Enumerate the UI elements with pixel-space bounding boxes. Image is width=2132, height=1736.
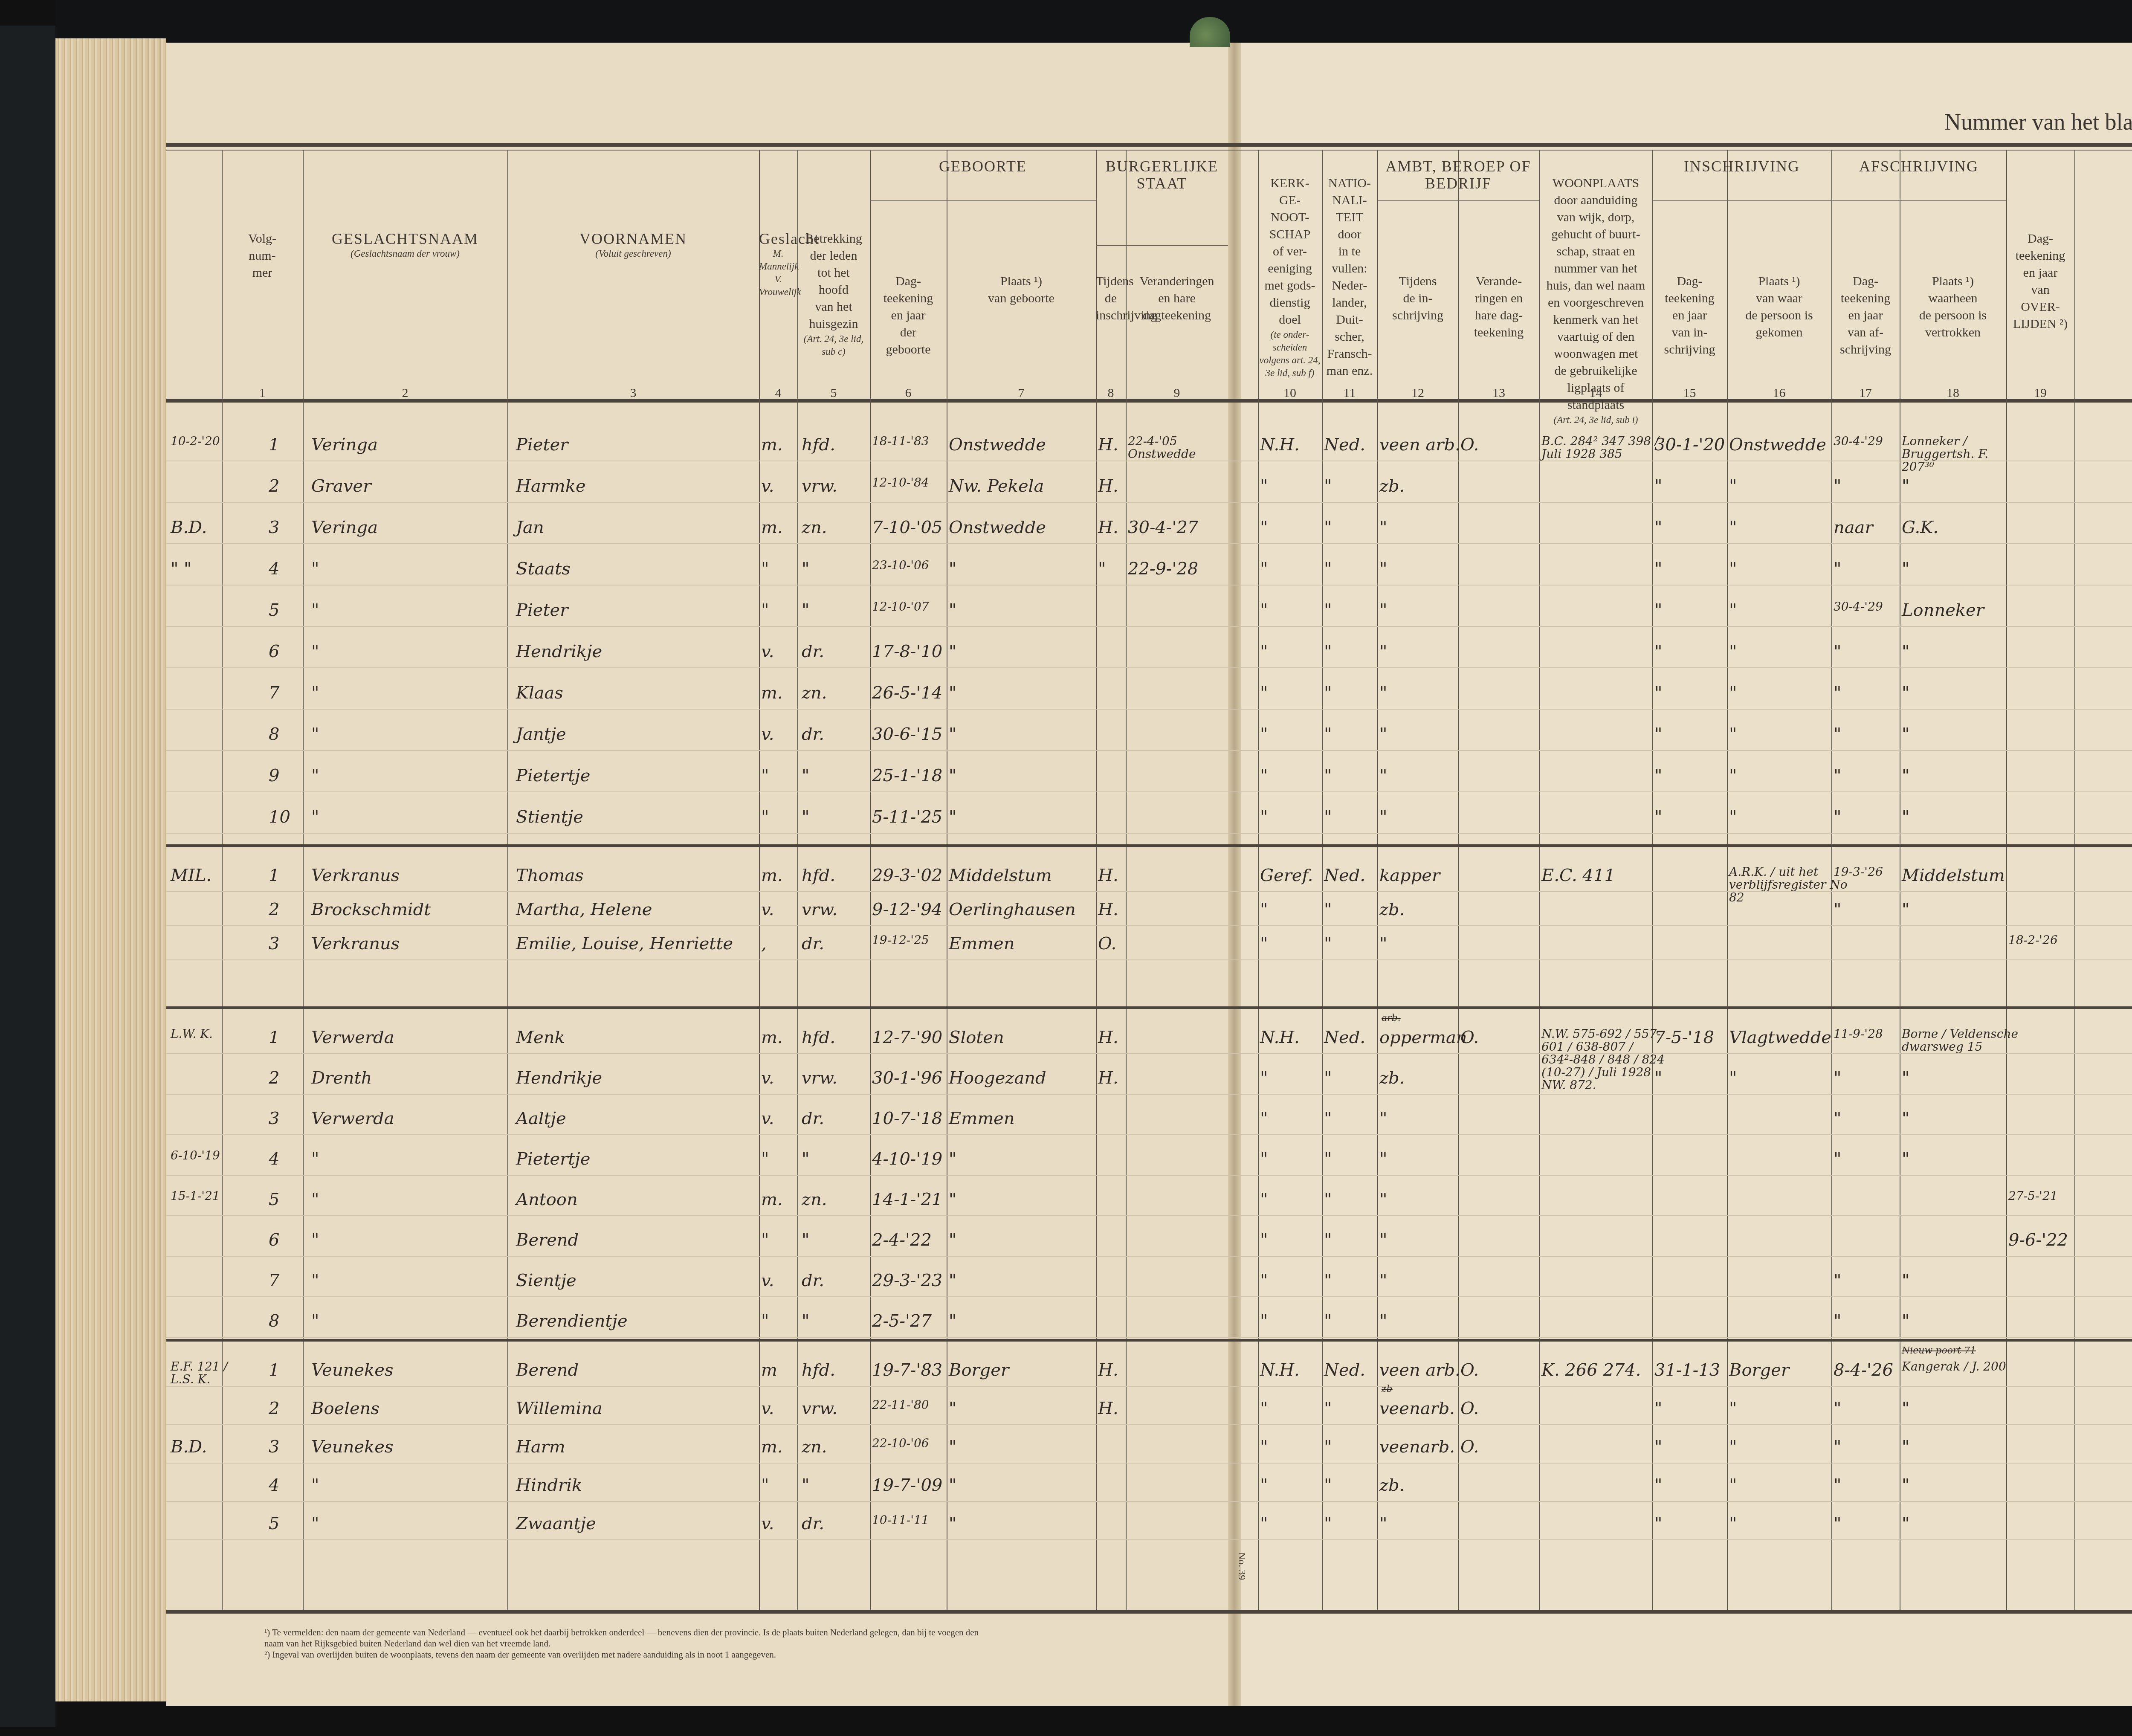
cell-out-date: " xyxy=(1834,807,1841,827)
cell-surname: " xyxy=(311,600,319,620)
cell-nat: Ned. xyxy=(1324,435,1365,455)
cell-nat: " xyxy=(1324,1514,1332,1533)
column-number: 7 xyxy=(947,386,1096,400)
column-divider xyxy=(759,150,760,1610)
ruled-line xyxy=(166,1053,2132,1054)
column-number: 18 xyxy=(1900,386,2006,400)
cell-rel: " xyxy=(802,807,809,827)
cell-in-date: " xyxy=(1654,559,1662,579)
cell-in-date: " xyxy=(1654,807,1662,827)
cell-given: Jantje xyxy=(516,725,566,744)
cell-birth-date: 22-11-'80 xyxy=(872,1399,929,1411)
cell-sex: m. xyxy=(761,683,783,703)
cell-in-place: Onstwedde xyxy=(1729,435,1826,455)
cell-out-date: " xyxy=(1834,1399,1841,1418)
column-number: 15 xyxy=(1652,386,1727,400)
cell-margin: B.D. xyxy=(171,1437,207,1457)
group-header: INSCHRIJVING xyxy=(1652,158,1831,175)
header-line: teekening xyxy=(1458,324,1539,341)
struck-occupation: zb xyxy=(1382,1384,1393,1394)
header-line: eeniging xyxy=(1258,260,1322,277)
cell-nr: 5 xyxy=(269,1190,279,1209)
header-line: en hare xyxy=(1126,290,1228,307)
header-line: de gebruikelijke xyxy=(1539,362,1652,380)
cell-in-date: " xyxy=(1654,476,1662,496)
cell-occ: " xyxy=(1379,1190,1387,1209)
ruled-line xyxy=(166,626,2132,627)
cell-birth-date: 14-1-'21 xyxy=(872,1190,942,1209)
cell-birth-place: Emmen xyxy=(949,1109,1015,1128)
group-title: BURGERLIJKE STAAT xyxy=(1096,158,1228,192)
cell-occ: " xyxy=(1379,683,1387,703)
cell-occ-change: O. xyxy=(1460,1360,1479,1380)
cell-church: " xyxy=(1260,1475,1268,1495)
cell-out-date: " xyxy=(1834,1068,1841,1088)
cell-nat: " xyxy=(1324,934,1332,953)
cell-in-place: " xyxy=(1729,518,1737,537)
cell-nat: " xyxy=(1324,1149,1332,1169)
cell-sex: v. xyxy=(761,1514,774,1533)
cell-rel: " xyxy=(802,1311,809,1331)
cell-surname: Verkranus xyxy=(311,866,400,885)
cell-sex: v. xyxy=(761,725,774,744)
cell-church: " xyxy=(1260,1514,1268,1533)
header-line: teekening xyxy=(1831,290,1900,307)
header-line: hare dag- xyxy=(1458,307,1539,324)
header-line: scher, xyxy=(1322,328,1377,345)
header-line: hoofd xyxy=(797,281,870,299)
group-header: AMBT, BEROEP OF BEDRIJF xyxy=(1377,158,1539,192)
cell-out-place: G.K. xyxy=(1902,518,1938,537)
cell-occ: " xyxy=(1379,600,1387,620)
cell-church: N.H. xyxy=(1260,1028,1300,1047)
cell-rel: dr. xyxy=(802,934,824,953)
header-line: in te xyxy=(1322,243,1377,260)
cell-birth-date: 4-10-'19 xyxy=(872,1149,942,1169)
header-subtitle: (Voluit geschreven) xyxy=(507,247,759,260)
group-rule xyxy=(1096,245,1228,246)
cell-given: Pietertje xyxy=(516,766,590,785)
cell-church: " xyxy=(1260,900,1268,919)
cell-out-date: " xyxy=(1834,1271,1841,1290)
cell-church: " xyxy=(1260,1271,1268,1290)
cell-out-place: " xyxy=(1902,807,1909,827)
column-header-2: GESLACHTSNAAM(Geslachtsnaam der vrouw) xyxy=(303,230,507,260)
cell-occ: zb. xyxy=(1379,900,1405,919)
cell-surname: " xyxy=(311,1230,319,1250)
cell-out-place: Kangerak / J. 200 xyxy=(1902,1360,2006,1373)
ruled-line xyxy=(166,543,2132,544)
cell-nr: 8 xyxy=(269,725,279,744)
cell-surname: " xyxy=(311,1149,319,1169)
header-line: num- xyxy=(222,247,303,264)
column-divider xyxy=(1458,150,1459,1610)
cell-rel: zn. xyxy=(802,518,827,537)
cell-rel: hfd. xyxy=(802,1028,835,1047)
cell-surname: Verkranus xyxy=(311,934,400,953)
cell-out-place: " xyxy=(1902,1514,1909,1533)
cell-out-date: 8-4-'26 xyxy=(1834,1360,1893,1380)
cell-birth-place: Emmen xyxy=(949,934,1015,953)
cell-nat: " xyxy=(1324,1475,1332,1495)
cell-given: Martha, Helene xyxy=(516,900,652,919)
cell-in-date: " xyxy=(1654,1475,1662,1495)
header-line: huis, dan wel naam xyxy=(1539,277,1652,294)
header-line: van geboorte xyxy=(947,290,1096,307)
cell-birth-place: " xyxy=(949,1437,956,1457)
cell-in-place: " xyxy=(1729,642,1737,661)
header-subtitle: (Art. 24, 3e lid, sub i) xyxy=(1539,414,1652,426)
cell-out-date: 11-9-'28 xyxy=(1834,1028,1883,1040)
cell-birth-place: " xyxy=(949,683,956,703)
header-line: Plaats ¹) xyxy=(1727,273,1831,290)
column-divider xyxy=(947,150,947,1610)
column-divider xyxy=(797,150,798,1610)
header-line: Volg- xyxy=(222,230,303,247)
cell-out-date: " xyxy=(1834,1514,1841,1533)
column-header-9: Veranderingenen haredagteekening xyxy=(1126,273,1228,324)
household-separator xyxy=(166,844,2132,847)
cell-birth-date: 7-10-'05 xyxy=(872,518,942,537)
header-subtitle: (Geslachtsnaam der vrouw) xyxy=(303,247,507,260)
cell-in-place: " xyxy=(1729,600,1737,620)
cell-out-date: " xyxy=(1834,1109,1841,1128)
cell-church: " xyxy=(1260,1190,1268,1209)
header-line: TEIT xyxy=(1322,209,1377,226)
cell-surname: Veunekes xyxy=(311,1360,394,1380)
cell-sex: m. xyxy=(761,1028,783,1047)
cell-nr: 2 xyxy=(269,1399,279,1418)
cell-sex: " xyxy=(761,1311,769,1331)
group-header: GEBOORTE xyxy=(870,158,1096,175)
header-line: door aanduiding xyxy=(1539,192,1652,209)
cell-birth-place: Oerlinghausen xyxy=(949,900,1076,919)
group-rule xyxy=(870,200,1096,201)
header-line: NOOT- xyxy=(1258,209,1322,226)
cell-civil: H. xyxy=(1098,866,1118,885)
column-header-13: Verande-ringen enhare dag-teekening xyxy=(1458,273,1539,341)
cell-in-date: " xyxy=(1654,600,1662,620)
cell-birth-place: Onstwedde xyxy=(949,518,1046,537)
cell-nat: " xyxy=(1324,1109,1332,1128)
column-number: 2 xyxy=(303,386,507,400)
cell-rel: zn. xyxy=(802,683,827,703)
column-number: 8 xyxy=(1096,386,1126,400)
header-line: Plaats ¹) xyxy=(1900,273,2006,290)
header-line: der leden xyxy=(797,247,870,264)
background-top xyxy=(55,0,2132,43)
cell-nr: 6 xyxy=(269,1230,279,1250)
ruled-line xyxy=(166,1296,2132,1297)
cell-birth-date: 25-1-'18 xyxy=(872,766,942,785)
cell-out-date: 30-4-'29 xyxy=(1834,435,1883,448)
header-line: NALI- xyxy=(1322,192,1377,209)
cell-church: Geref. xyxy=(1260,866,1313,885)
cell-occ: " xyxy=(1379,725,1387,744)
cell-occ: " xyxy=(1379,1311,1387,1331)
header-subtitle: (te onder-scheiden volgens art. 24, 3e l… xyxy=(1258,328,1322,380)
cell-given: Berendientje xyxy=(516,1311,628,1331)
header-line: Plaats ¹) xyxy=(947,273,1096,290)
cell-nat: Ned. xyxy=(1324,1360,1365,1380)
cell-nr: 3 xyxy=(269,934,279,953)
cell-nr: 1 xyxy=(269,866,279,885)
cell-sex: m. xyxy=(761,518,783,537)
header-line: dagteekening xyxy=(1126,307,1228,324)
cell-residence: K. 266 274. xyxy=(1541,1360,1641,1380)
cell-nr: 7 xyxy=(269,1271,279,1290)
header-line: Geslacht xyxy=(759,230,797,247)
cell-church: " xyxy=(1260,1437,1268,1457)
cell-occ: " xyxy=(1379,1271,1387,1290)
cell-occ: " xyxy=(1379,518,1387,537)
cell-out-place: " xyxy=(1902,1311,1909,1331)
cell-surname: " xyxy=(311,559,319,579)
cell-out-date: 30-4-'29 xyxy=(1834,600,1883,613)
cell-out-place: " xyxy=(1902,1437,1909,1457)
header-line: van af- xyxy=(1831,324,1900,341)
cell-nat: " xyxy=(1324,476,1332,496)
header-line: door xyxy=(1322,226,1377,243)
cell-rel: " xyxy=(802,1230,809,1250)
cell-out-date: " xyxy=(1834,1475,1841,1495)
cell-birth-place: " xyxy=(949,766,956,785)
cell-rel: dr. xyxy=(802,1109,824,1128)
cell-civil: H. xyxy=(1098,1360,1118,1380)
cell-out-date: " xyxy=(1834,766,1841,785)
header-line: van in- xyxy=(1652,324,1727,341)
cell-birth-place: " xyxy=(949,1399,956,1418)
cell-birth-date: 26-5-'14 xyxy=(872,683,942,703)
cell-church: " xyxy=(1260,766,1268,785)
cell-nat: " xyxy=(1324,559,1332,579)
header-line: de persoon is xyxy=(1727,307,1831,324)
cell-out-date: " xyxy=(1834,476,1841,496)
cell-given: Hendrikje xyxy=(516,1068,602,1088)
ruled-line xyxy=(166,1134,2132,1135)
ruled-line xyxy=(166,1386,2132,1387)
cell-in-date: 30-1-'20 xyxy=(1654,435,1725,455)
cell-sex: v. xyxy=(761,642,774,661)
column-number: 11 xyxy=(1322,386,1377,400)
header-line: NATIO- xyxy=(1322,175,1377,192)
cell-church: " xyxy=(1260,1399,1268,1418)
cell-civil: H. xyxy=(1098,1068,1118,1088)
column-divider xyxy=(507,150,508,1610)
cell-out-date: " xyxy=(1834,725,1841,744)
cell-church: " xyxy=(1260,1068,1268,1088)
cell-in-place: " xyxy=(1729,476,1737,496)
cell-surname: Veunekes xyxy=(311,1437,394,1457)
header-line: en jaar xyxy=(870,307,947,324)
column-header-16: Plaats ¹)van waarde persoon isgekomen xyxy=(1727,273,1831,341)
cell-nat: " xyxy=(1324,766,1332,785)
cell-civil: H. xyxy=(1098,518,1118,537)
column-number: 19 xyxy=(2006,386,2074,400)
ruled-line xyxy=(166,750,2132,751)
cell-church: N.H. xyxy=(1260,1360,1300,1380)
page-edges xyxy=(55,38,166,1701)
household-separator xyxy=(166,1006,2132,1009)
header-line: Betrekking xyxy=(797,230,870,247)
cell-in-place: " xyxy=(1729,559,1737,579)
cell-nr: 8 xyxy=(269,1311,279,1331)
header-line: WOONPLAATS xyxy=(1539,175,1652,192)
cell-out-place: " xyxy=(1902,1068,1909,1088)
column-divider xyxy=(222,150,223,1610)
cell-birth-place: " xyxy=(949,559,956,579)
cell-in-place: Vlagtwedde xyxy=(1729,1028,1831,1047)
ruled-line xyxy=(166,791,2132,792)
cell-sex: m. xyxy=(761,1437,783,1457)
cell-civil: H. xyxy=(1098,435,1118,455)
cell-birth-date: 19-7-'09 xyxy=(872,1475,942,1495)
header-line: GESLACHTSNAAM xyxy=(303,230,507,247)
cell-birth-place: " xyxy=(949,1149,956,1169)
cell-birth-date: 10-7-'18 xyxy=(872,1109,942,1128)
column-header-18: Plaats ¹)waarheende persoon isvertrokken xyxy=(1900,273,2006,341)
column-header-4: GeslachtM. Mannelijk V. Vrouwelijk xyxy=(759,230,797,299)
cell-margin: L.W. K. xyxy=(171,1028,213,1040)
column-number: 9 xyxy=(1126,386,1228,400)
cell-nat: " xyxy=(1324,1230,1332,1250)
header-line: vaartuig of den xyxy=(1539,328,1652,345)
header-line: Veranderingen xyxy=(1126,273,1228,290)
cell-civil: H. xyxy=(1098,476,1118,496)
cell-birth-place: " xyxy=(949,600,956,620)
cell-in-date: " xyxy=(1654,683,1662,703)
cell-given: Sientje xyxy=(516,1271,576,1290)
cell-rel: dr. xyxy=(802,642,824,661)
footnotes: ¹) Te vermelden: den naam der gemeente v… xyxy=(264,1627,989,1660)
header-line: vertrokken xyxy=(1900,324,2006,341)
cell-out-place: Lonneker / Bruggertsh. F. 207³⁰ xyxy=(1902,435,2023,473)
cell-sex: " xyxy=(761,1149,769,1169)
cell-birth-place: Onstwedde xyxy=(949,435,1046,455)
ruled-line xyxy=(166,1175,2132,1176)
column-header-12: Tijdensde in-schrijving xyxy=(1377,273,1458,324)
cell-rel: zn. xyxy=(802,1437,827,1457)
header-line: Tijdens de inschrijving xyxy=(1096,273,1126,324)
ruled-line xyxy=(166,502,2132,503)
group-title: AFSCHRIJVING xyxy=(1831,158,2006,175)
cell-given: Pieter xyxy=(516,600,568,620)
cell-surname: " xyxy=(311,642,319,661)
cell-nat: " xyxy=(1324,683,1332,703)
cell-birth-place: Sloten xyxy=(949,1028,1004,1047)
header-line: SCHAP xyxy=(1258,226,1322,243)
cell-nr: 4 xyxy=(269,559,279,579)
column-header-6: Dag-teekeningen jaardergeboorte xyxy=(870,273,947,358)
column-header-20: AAN-MERKINGEN(Art. 24, 5e lid) xyxy=(2074,230,2132,277)
cell-birth-place: " xyxy=(949,1190,956,1209)
cell-birth-date: 12-10-'84 xyxy=(872,476,929,489)
cell-out-place: " xyxy=(1902,725,1909,744)
column-divider xyxy=(2074,150,2075,1610)
cell-in-date: " xyxy=(1654,725,1662,744)
header-line: Duit- xyxy=(1322,311,1377,328)
ruled-line xyxy=(166,585,2132,585)
cell-in-place: " xyxy=(1729,1514,1737,1533)
cell-birth-date: 10-11-'11 xyxy=(872,1514,929,1527)
column-number: 17 xyxy=(1831,386,1900,400)
header-subtitle: (Art. 24, 3e lid, sub c) xyxy=(797,333,870,358)
cell-sex: , xyxy=(761,934,767,953)
cell-occ: kapper xyxy=(1379,866,1440,885)
column-number: 3 xyxy=(507,386,759,400)
cell-in-date: " xyxy=(1654,642,1662,661)
cell-civil: O. xyxy=(1098,934,1116,953)
ruled-line xyxy=(166,709,2132,710)
cell-nr: 2 xyxy=(269,476,279,496)
cell-nat: " xyxy=(1324,1399,1332,1418)
cell-occ: " xyxy=(1379,807,1387,827)
header-line: huisgezin xyxy=(797,316,870,333)
cell-civil: " xyxy=(1098,559,1106,579)
cell-rel: " xyxy=(802,1475,809,1495)
cell-given: Klaas xyxy=(516,683,563,703)
cell-birth-place: " xyxy=(949,725,956,744)
cell-in-date: " xyxy=(1654,766,1662,785)
cell-nr: 10 xyxy=(269,807,290,827)
header-line: lander, xyxy=(1322,294,1377,311)
header-line: Dag- xyxy=(2006,230,2074,247)
cell-in-place: A.R.K. / uit het verblijfsregister No 82 xyxy=(1729,866,1848,904)
cell-church: " xyxy=(1260,807,1268,827)
cell-occ-change: O. xyxy=(1460,1399,1479,1418)
header-line: Dag- xyxy=(1831,273,1900,290)
cell-church: " xyxy=(1260,1109,1268,1128)
cell-church: " xyxy=(1260,600,1268,620)
cell-sex: v. xyxy=(761,476,774,496)
cell-nat: " xyxy=(1324,1437,1332,1457)
cell-sex: m. xyxy=(761,435,783,455)
cell-rel: " xyxy=(802,559,809,579)
column-header-11: NATIO-NALI-TEITdoorin tevullen:Neder-lan… xyxy=(1322,175,1377,380)
header-line: GE- xyxy=(1258,192,1322,209)
header-line: van het xyxy=(797,299,870,316)
cell-occ: " xyxy=(1379,934,1387,953)
cell-nat: " xyxy=(1324,642,1332,661)
cell-given: Zwaantje xyxy=(516,1514,596,1533)
cell-margin: 10-2-'20 xyxy=(171,435,220,448)
ruled-line xyxy=(166,959,2132,960)
cell-civil-change: 30-4-'27 xyxy=(1128,518,1198,537)
cell-nr: 1 xyxy=(269,1028,279,1047)
group-rule xyxy=(1831,200,2006,201)
cell-nr: 7 xyxy=(269,683,279,703)
cell-occ: " xyxy=(1379,1230,1387,1250)
struck-destination: Nieuw poort 71 xyxy=(1902,1345,1976,1356)
cell-birth-place: " xyxy=(949,1271,956,1290)
cell-church: " xyxy=(1260,725,1268,744)
cell-out-date: " xyxy=(1834,1149,1841,1169)
cell-occ-change: O. xyxy=(1460,1028,1479,1047)
cell-sex: v. xyxy=(761,900,774,919)
header-line: VOORNAMEN xyxy=(507,230,759,247)
cell-in-place: " xyxy=(1729,683,1737,703)
cell-birth-date: 5-11-'25 xyxy=(872,807,942,827)
header-line: van waar xyxy=(1727,290,1831,307)
cell-surname: Veringa xyxy=(311,518,378,537)
cell-surname: Veringa xyxy=(311,435,378,455)
cell-occ: " xyxy=(1379,1514,1387,1533)
cell-church: " xyxy=(1260,476,1268,496)
column-divider xyxy=(1652,150,1653,1610)
cell-out-place: Lonneker xyxy=(1902,600,1984,620)
cell-civil: H. xyxy=(1098,900,1118,919)
header-line: gehucht of buurt- xyxy=(1539,226,1652,243)
